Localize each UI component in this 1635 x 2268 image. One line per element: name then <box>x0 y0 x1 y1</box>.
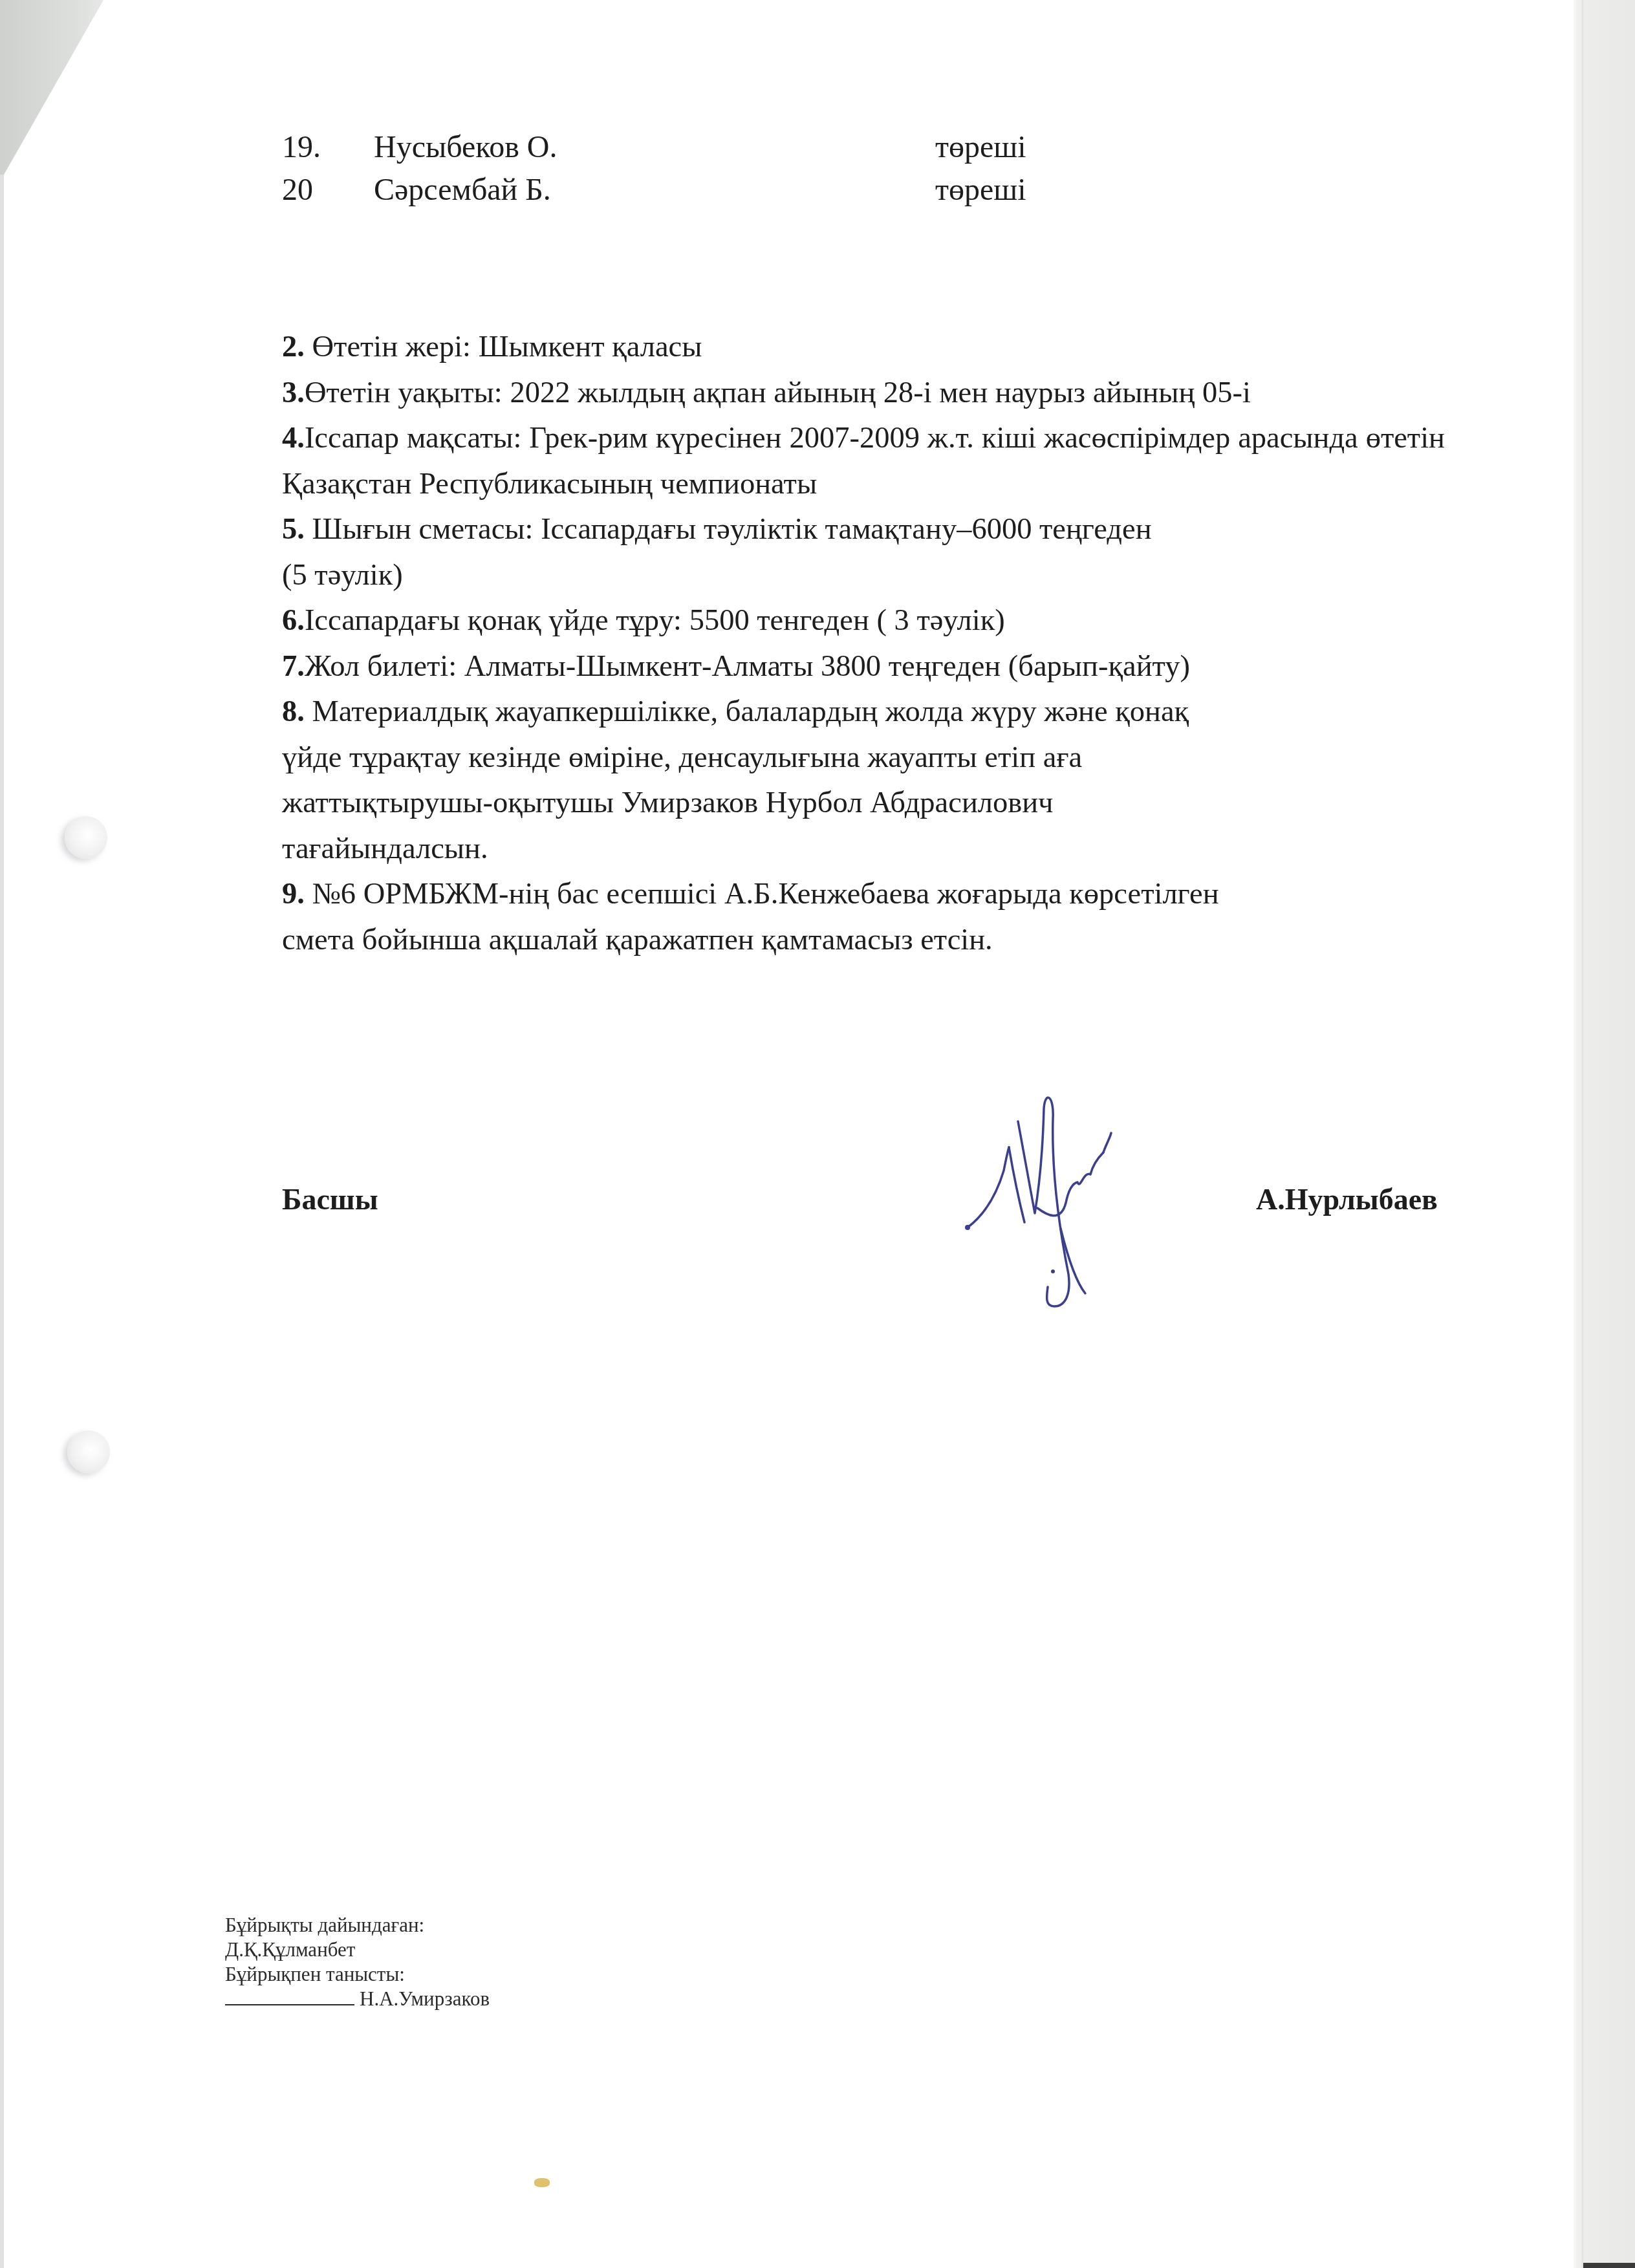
clause-text: смета бойынша ақшалай қаражатпен қамтама… <box>282 923 993 956</box>
acknowledged-label: Бұйрықпен танысты: <box>225 1962 490 1987</box>
prepared-label: Бұйрықты дайындаған: <box>225 1913 490 1938</box>
clause-number: 9. <box>282 878 305 911</box>
signatory-name: А.Нурлыбаев <box>1256 1182 1438 1216</box>
folded-corner <box>0 0 103 178</box>
clause-text: жаттықтырушы-оқытушы Умирзаков Нурбол Аб… <box>282 786 1053 819</box>
punch-hole-icon <box>65 816 107 859</box>
clause-location: 2. Өтетін жері: Шымкент қаласы <box>282 325 1445 371</box>
acknowledged-by: Н.А.Умирзаков <box>360 1987 490 2010</box>
clause-number: 4. <box>282 422 305 455</box>
clause-text: Өтетін жері: Шымкент қаласы <box>305 330 702 363</box>
clause-expenses: 5. Шығын сметасы: Іссапардағы тәуліктік … <box>282 507 1445 598</box>
punch-hole-icon <box>67 1431 110 1473</box>
clause-responsibility: 8. Материалдық жауапкершілікке, балалард… <box>282 689 1445 872</box>
clause-number: 8. <box>282 695 305 728</box>
clause-number: 3. <box>282 376 305 409</box>
clause-hotel: 6.Іссапардағы қонақ үйде тұру: 5500 тенг… <box>282 598 1445 644</box>
prepared-by: Д.Қ.Құлманбет <box>225 1938 490 1962</box>
row-number: 20 <box>282 169 313 211</box>
row-role: төреші <box>935 169 1026 211</box>
clause-text: Өтетін уақыты: 2022 жылдың ақпан айының … <box>305 376 1251 409</box>
document-page: 19. Нусыбеков О. төреші 20 Сәрсембай Б. … <box>0 0 1635 2268</box>
clause-text: Шығын сметасы: Іссапардағы тәуліктік там… <box>305 513 1152 546</box>
clause-text: №6 ОРМБЖМ-нің бас есепшісі А.Б.Кенжебаев… <box>305 878 1219 911</box>
clause-dates: 3.Өтетін уақыты: 2022 жылдың ақпан айыны… <box>282 371 1445 416</box>
clause-text: Іссапардағы қонақ үйде тұру: 5500 тенгед… <box>305 604 1005 637</box>
acknowledged-row: Н.А.Умирзаков <box>225 1987 490 2011</box>
clause-number: 7. <box>282 650 305 683</box>
clause-number: 5. <box>282 513 305 546</box>
clause-text: үйде тұрақтау кезінде өміріне, денсаулығ… <box>282 741 1082 774</box>
row-name: Сәрсембай Б. <box>374 169 551 211</box>
clause-number: 6. <box>282 604 305 637</box>
clause-text: Іссапар мақсаты: Грек-рим күресінен 2007… <box>282 422 1445 501</box>
signature-line <box>225 2004 354 2005</box>
row-number: 19. <box>282 127 321 168</box>
clause-text: тағайындалсын. <box>282 832 488 865</box>
page-edge-left <box>0 175 4 2268</box>
page-edge-bottom <box>1583 2263 1635 2268</box>
clause-text: Жол билеті: Алматы-Шымкент-Алматы 3800 т… <box>305 650 1190 683</box>
document-footer: Бұйрықты дайындаған: Д.Қ.Құлманбет Бұйры… <box>225 1913 490 2011</box>
clause-accounting: 9. №6 ОРМБЖМ-нің бас есепшісі А.Б.Кенжеб… <box>282 872 1445 963</box>
handwritten-signature-icon <box>957 1093 1190 1313</box>
clause-text: (5 тәулік) <box>282 559 403 592</box>
clause-text: Материалдық жауапкершілікке, балалардың … <box>305 695 1189 728</box>
row-name: Нусыбеков О. <box>374 127 558 168</box>
scan-speck <box>534 2178 550 2187</box>
row-role: төреші <box>935 127 1026 168</box>
order-clauses: 2. Өтетін жері: Шымкент қаласы 3.Өтетін … <box>282 325 1445 963</box>
page-edge-right <box>1574 0 1635 2268</box>
signatory-title: Басшы <box>282 1182 378 1216</box>
clause-purpose: 4.Іссапар мақсаты: Грек-рим күресінен 20… <box>282 416 1445 507</box>
clause-number: 2. <box>282 330 305 363</box>
clause-tickets: 7.Жол билеті: Алматы-Шымкент-Алматы 3800… <box>282 644 1445 690</box>
